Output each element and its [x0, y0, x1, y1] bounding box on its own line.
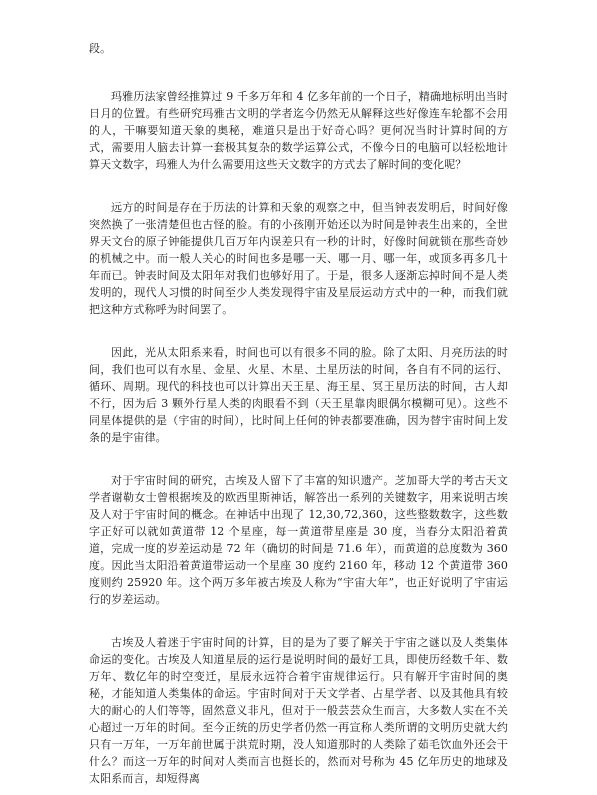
paragraph-egypt-cosmic-time: 对于宇宙时间的研究，古埃及人留下了丰富的知识遗产。芝加哥大学的考古天文学者谢勒女… [89, 472, 508, 608]
paragraph-maya-calendar: 玛雅历法家曾经推算过 9 千多万年和 4 亿多年前的一个日子，精确地标明出当时日… [89, 88, 508, 173]
document-page: 段。 玛雅历法家曾经推算过 9 千多万年和 4 亿多年前的一个日子，精确地标明出… [0, 0, 597, 795]
text-block: 段。 玛雅历法家曾经推算过 9 千多万年和 4 亿多年前的一个日子，精确地标明出… [89, 40, 508, 787]
paragraph-cosmic-destiny: 古埃及人着迷于宇宙时间的计算，目的是为了要了解关于宇宙之谜以及人类集体命运的变化… [89, 634, 508, 787]
paragraph-tail: 段。 [89, 40, 508, 57]
paragraph-clock-time: 远方的时间是存在于历法的计算和天象的观察之中，但当钟表发明后，时间好像突然换了一… [89, 199, 508, 318]
paragraph-solar-system-time: 因此，光从太阳系来看，时间也可以有很多不同的脸。除了太阳、月亮历法的时间，我们也… [89, 344, 508, 446]
